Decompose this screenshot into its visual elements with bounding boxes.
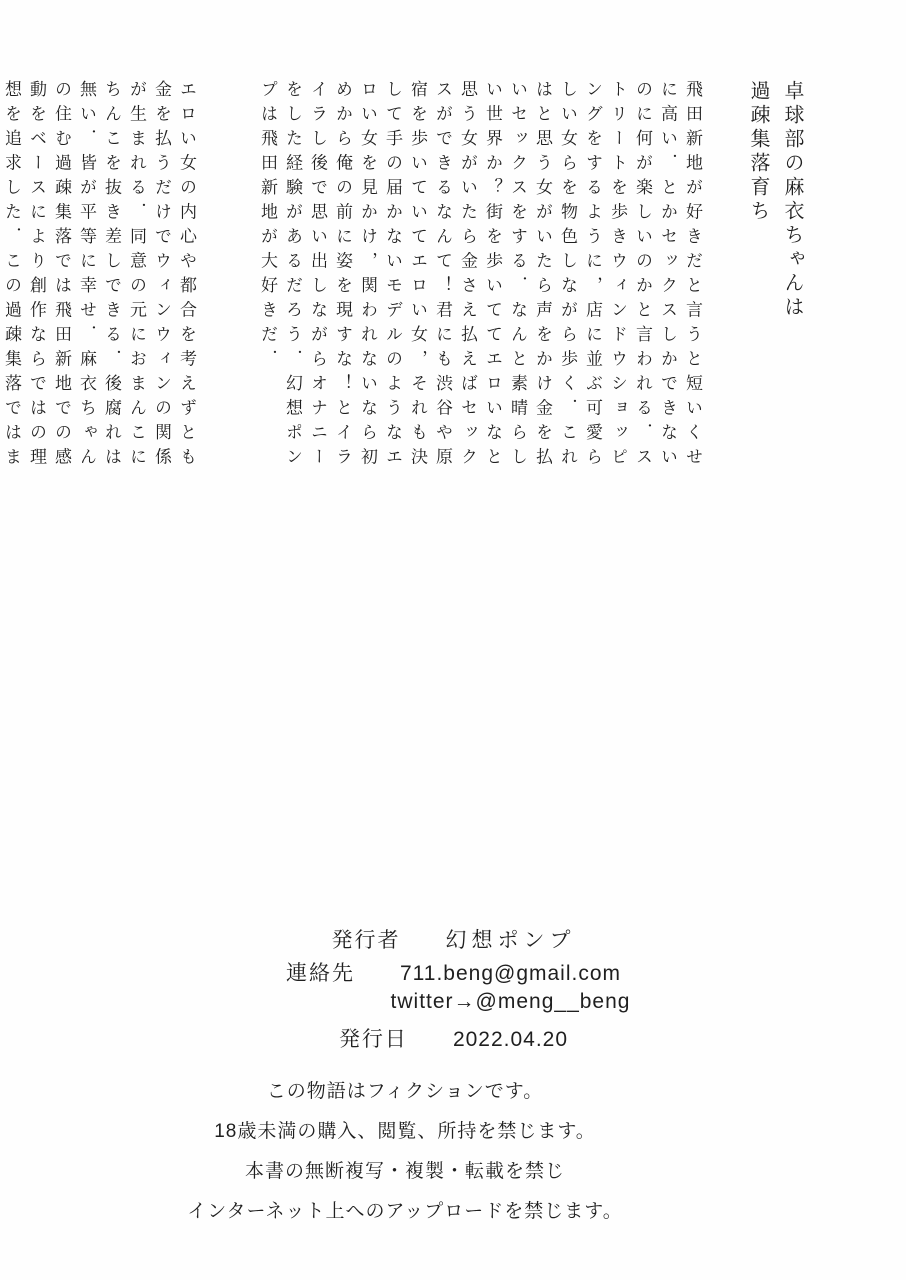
disclaimer-line-age-restriction: 18歳未満の購入、閲覧、所持を禁じます。 <box>0 1112 858 1152</box>
afterword-title: 卓球部の麻衣ちゃんは 過疎集落育ち <box>741 80 809 482</box>
publisher-value: 幻想ポンプ <box>446 924 576 954</box>
publisher-label: 発行者 <box>331 924 401 954</box>
colophon-row-contact: 連絡先 711.beng@gmail.com <box>0 957 906 990</box>
twitter-handle: twitter→@meng__beng <box>391 990 631 1014</box>
afterword-paragraph-2: エロい女の内心や都合を考えずとも 金を払うだけでウィンウィンの関係 が生まれる．… <box>0 80 199 482</box>
colophon-row-twitter: twitter→@meng__beng <box>0 990 906 1023</box>
colophon: 発行者 幻想ポンプ 連絡先 711.beng@gmail.com twitter… <box>0 924 906 1056</box>
disclaimer-line-fiction: この物語はフィクションです。 <box>0 1072 858 1112</box>
contact-email: 711.beng@gmail.com <box>400 962 621 986</box>
colophon-row-date: 発行日 2022.04.20 <box>0 1023 906 1056</box>
page: 卓球部の麻衣ちゃんは 過疎集落育ち 飛田新地が好きだと言うと短いくせ に高い．と… <box>0 0 906 1280</box>
afterword-paragraph-1: 飛田新地が好きだと言うと短いくせ に高い．とかセックスしかできない のに何が楽し… <box>255 80 705 482</box>
afterword-text: 卓球部の麻衣ちゃんは 過疎集落育ち 飛田新地が好きだと言うと短いくせ に高い．と… <box>0 80 845 482</box>
disclaimer: この物語はフィクションです。 18歳未満の購入、閲覧、所持を禁じます。 本書の無… <box>0 1072 858 1232</box>
contact-label: 連絡先 <box>285 957 355 987</box>
publish-date-value: 2022.04.20 <box>453 1028 568 1052</box>
disclaimer-line-no-upload: インターネット上へのアップロードを禁じます。 <box>0 1192 858 1232</box>
publish-date-label: 発行日 <box>338 1023 408 1053</box>
disclaimer-line-no-copy: 本書の無断複写・複製・転載を禁じ <box>0 1152 858 1192</box>
colophon-row-publisher: 発行者 幻想ポンプ <box>0 924 906 957</box>
